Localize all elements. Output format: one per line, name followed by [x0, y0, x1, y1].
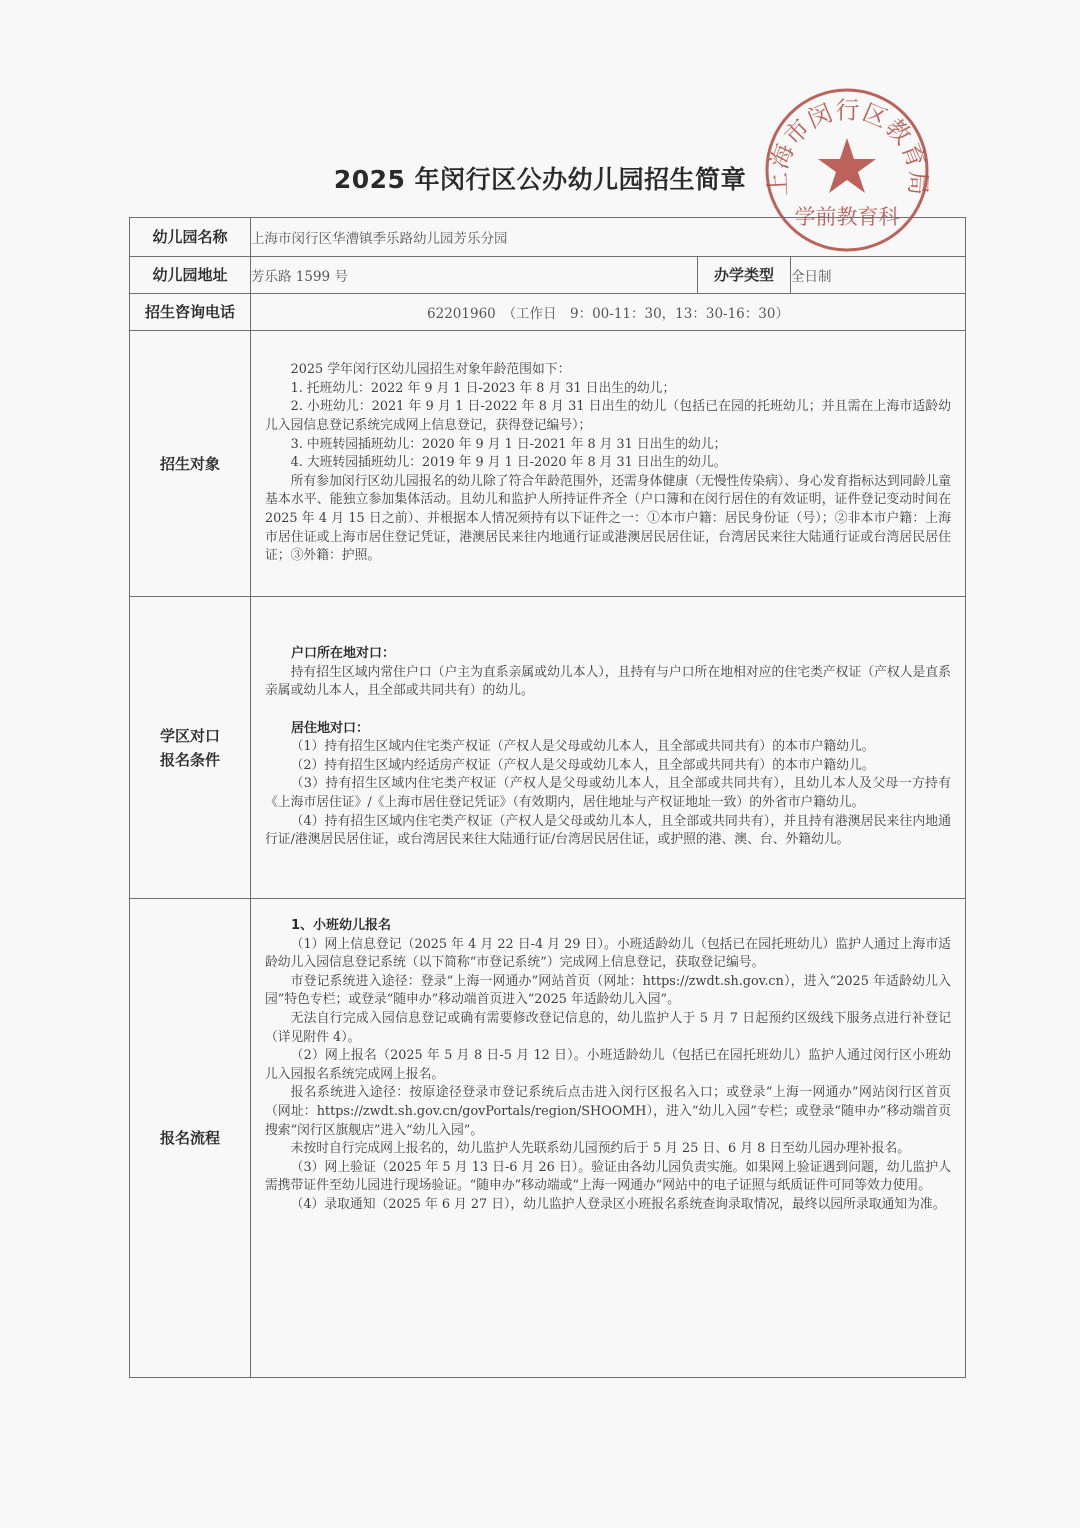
row-kindergarten-address: 幼儿园地址 芳乐路 1599 号 办学类型 全日制 — [130, 257, 966, 294]
school-type-value: 全日制 — [791, 257, 966, 294]
residence-item-1: （1）持有招生区域内住宅类产权证（产权人是父母或幼儿本人，且全部或共同共有）的本… — [265, 738, 951, 757]
enrollment-table: 幼儿园名称 上海市闵行区华漕镇季乐路幼儿园芳乐分园 幼儿园地址 芳乐路 1599… — [129, 217, 966, 1378]
process-step-1-access: 市登记系统进入途径：登录“上海一网通办”网站首页（网址：https://zwdt… — [265, 973, 951, 1010]
enrollment-phone-label: 招生咨询电话 — [130, 294, 251, 331]
process-heading: 1、小班幼儿报名 — [265, 917, 951, 936]
kindergarten-name-value: 上海市闵行区华漕镇季乐路幼儿园芳乐分园 — [251, 218, 966, 257]
target-item-3: 3. 中班转园插班幼儿：2020 年 9 月 1 日-2021 年 8 月 31… — [265, 436, 951, 455]
row-enrollment-target: 招生对象 2025 学年闵行区幼儿园招生对象年龄范围如下： 1. 托班幼儿：20… — [130, 331, 966, 597]
residence-item-2: （2）持有招生区域内经适房产权证（产权人是父母或幼儿本人，且全部或共同共有）的本… — [265, 757, 951, 776]
district-label-line1: 学区对口 — [130, 724, 250, 748]
registration-process-content: 1、小班幼儿报名 （1）网上信息登记（2025 年 4 月 22 日-4 月 2… — [251, 899, 966, 1378]
residence-item-4: （4）持有招生区域内住宅类产权证（产权人是父母或幼儿本人，且全部或共同共有），并… — [265, 813, 951, 850]
process-step-2: （2）网上报名（2025 年 5 月 8 日-5 月 12 日）。小班适龄幼儿（… — [265, 1047, 951, 1084]
school-type-label: 办学类型 — [698, 257, 791, 294]
district-label-line2: 报名条件 — [130, 748, 250, 772]
enrollment-target-content: 2025 学年闵行区幼儿园招生对象年龄范围如下： 1. 托班幼儿：2022 年 … — [251, 331, 966, 597]
target-item-2: 2. 小班幼儿：2021 年 9 月 1 日-2022 年 8 月 31 日出生… — [265, 398, 951, 435]
hukou-heading: 户口所在地对口： — [265, 645, 951, 664]
target-item-4: 4. 大班转园插班幼儿：2019 年 9 月 1 日-2020 年 8 月 31… — [265, 454, 951, 473]
target-item-1: 1. 托班幼儿：2022 年 9 月 1 日-2023 年 8 月 31 日出生… — [265, 380, 951, 399]
kindergarten-name-label: 幼儿园名称 — [130, 218, 251, 257]
hukou-text: 持有招生区域内常住户口（户主为直系亲属或幼儿本人），且持有与户口所在地相对应的住… — [265, 664, 951, 701]
process-step-1: （1）网上信息登记（2025 年 4 月 22 日-4 月 29 日）。小班适龄… — [265, 936, 951, 973]
registration-process-label: 报名流程 — [130, 899, 251, 1378]
enrollment-phone-value: 62201960 （工作日 9：00-11：30，13：30-16：30） — [251, 294, 966, 331]
process-step-2-access: 报名系统进入途径：按原途径登录市登记系统后点击进入闵行区报名入口；或登录“上海一… — [265, 1084, 951, 1140]
row-enrollment-phone: 招生咨询电话 62201960 （工作日 9：00-11：30，13：30-16… — [130, 294, 966, 331]
residence-item-3: （3）持有招生区域内住宅类产权证（产权人是父母或幼儿本人，且全部或共同共有），且… — [265, 775, 951, 812]
target-requirements: 所有参加闵行区幼儿园报名的幼儿除了符合年龄范围外，还需身体健康（无慢性传染病）、… — [265, 473, 951, 566]
process-step-4: （4）录取通知（2025 年 6 月 27 日），幼儿监护人登录区小班报名系统查… — [265, 1196, 951, 1215]
row-district-conditions: 学区对口 报名条件 户口所在地对口： 持有招生区域内常住户口（户主为直系亲属或幼… — [130, 597, 966, 899]
row-registration-process: 报名流程 1、小班幼儿报名 （1）网上信息登记（2025 年 4 月 22 日-… — [130, 899, 966, 1378]
process-step-2-late: 未按时自行完成网上报名的，幼儿监护人先联系幼儿园预约后于 5 月 25 日、6 … — [265, 1140, 951, 1159]
process-step-3: （3）网上验证（2025 年 5 月 13 日-6 月 26 日）。验证由各幼儿… — [265, 1159, 951, 1196]
kindergarten-address-label: 幼儿园地址 — [130, 257, 251, 294]
row-kindergarten-name: 幼儿园名称 上海市闵行区华漕镇季乐路幼儿园芳乐分园 — [130, 218, 966, 257]
district-conditions-label: 学区对口 报名条件 — [130, 597, 251, 899]
kindergarten-address-value: 芳乐路 1599 号 — [251, 257, 698, 294]
target-intro: 2025 学年闵行区幼儿园招生对象年龄范围如下： — [265, 361, 951, 380]
process-step-1-offline: 无法自行完成入园信息登记或确有需要修改登记信息的，幼儿监护人于 5 月 7 日起… — [265, 1010, 951, 1047]
residence-heading: 居住地对口： — [265, 720, 951, 739]
district-conditions-content: 户口所在地对口： 持有招生区域内常住户口（户主为直系亲属或幼儿本人），且持有与户… — [251, 597, 966, 899]
enrollment-target-label: 招生对象 — [130, 331, 251, 597]
